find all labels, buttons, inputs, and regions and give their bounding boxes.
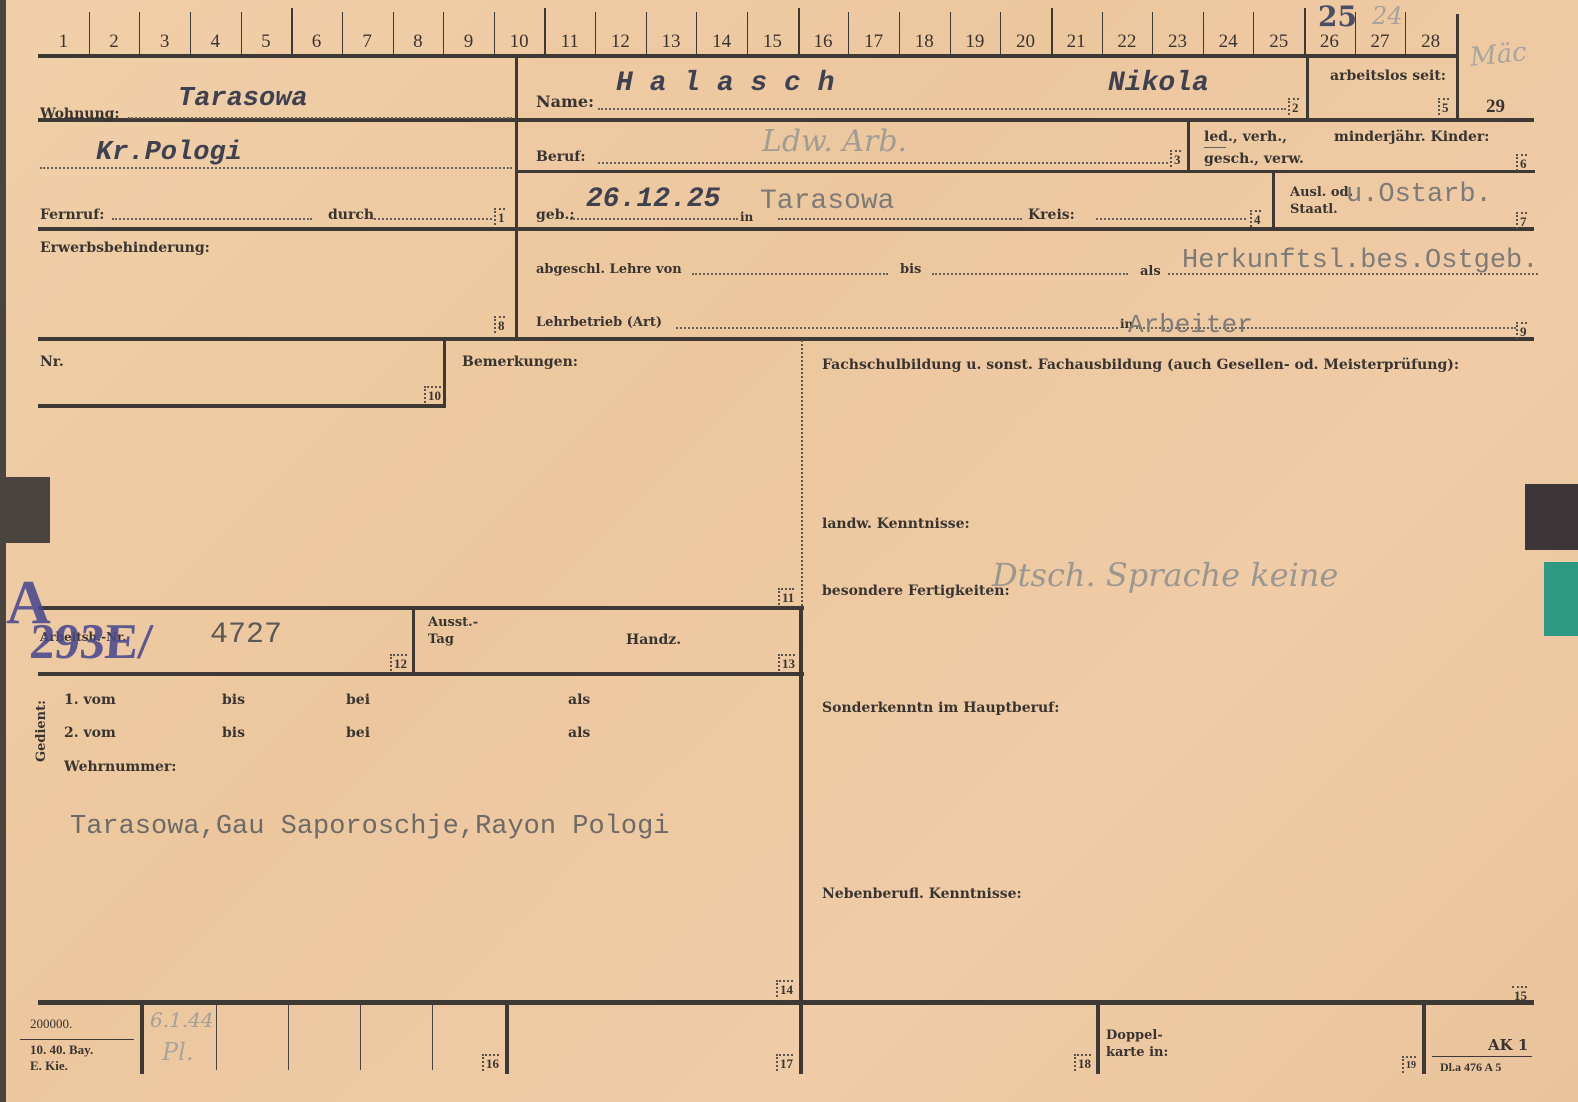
- bottom-initials-handwritten[interactable]: Pl.: [162, 1038, 193, 1066]
- label-doppelkarte-1: Doppel-: [1106, 1028, 1163, 1043]
- vrule-arbeitslos: [1306, 58, 1309, 120]
- label-ausl-1: Ausl. od.: [1290, 185, 1353, 200]
- handwritten-25: 25: [1318, 0, 1357, 33]
- column-tick: [241, 12, 242, 56]
- arbeitsbuch-nr-value[interactable]: 4727: [210, 618, 282, 652]
- label-landw-kenntnisse: landw. Kenntnisse:: [822, 516, 970, 532]
- column-number: 5: [241, 31, 292, 53]
- label-gedient-2-als: als: [568, 725, 590, 741]
- column-tick: [443, 12, 444, 56]
- label-bemerkungen: Bemerkungen:: [462, 354, 578, 370]
- column-number: 18: [899, 31, 950, 53]
- lehre-bis-line: [932, 273, 1128, 275]
- column-tick: [1152, 12, 1153, 56]
- label-birth-in: in: [740, 210, 753, 224]
- ruler-baseline: [38, 54, 1458, 58]
- field-number-10: 10: [424, 386, 441, 403]
- vrule-12: [412, 606, 415, 676]
- first-name-value[interactable]: Nikola: [1108, 68, 1209, 99]
- form-id-divider: [1432, 1056, 1532, 1057]
- index-tab-green-right: [1544, 562, 1578, 636]
- in-line: [778, 218, 1022, 220]
- label-gedient-1-vom: 1. vom: [64, 692, 116, 708]
- column-number: 11: [544, 31, 595, 53]
- rule-4: [38, 337, 1534, 341]
- birth-date-value[interactable]: 26.12.25: [586, 184, 720, 215]
- lehre-als-value[interactable]: Herkunftsl.bes.Ostgeb.: [1182, 246, 1538, 276]
- handwritten-corner-note: Mäc: [1469, 37, 1529, 73]
- field-number-1: 1: [494, 208, 505, 225]
- field-number-4: 4: [1250, 210, 1261, 227]
- birth-place-value[interactable]: Tarasowa: [760, 186, 894, 217]
- rule-3: [38, 227, 1534, 231]
- vrule-familienstand: [1187, 120, 1190, 172]
- label-sonderkenntnisse: Sonderkenntn im Hauptberuf:: [822, 700, 1059, 716]
- label-gedient: Gedient:: [34, 700, 49, 762]
- label-name: Name:: [536, 92, 594, 111]
- column-number: 16: [798, 31, 849, 53]
- vrule-bottom-19: [1422, 1002, 1426, 1074]
- column-number: 10: [494, 31, 545, 53]
- column-number: 28: [1405, 31, 1456, 53]
- index-card: 1234567891011121314151617181920212223242…: [0, 0, 1578, 1102]
- column-tick: [494, 12, 495, 56]
- surname-value[interactable]: H a l a s c h: [616, 68, 834, 99]
- column-tick: [899, 12, 900, 56]
- label-minderjaehrige-kinder: minderjähr. Kinder:: [1334, 129, 1489, 145]
- field-number-11: 11: [778, 588, 794, 605]
- label-gedient-1-bis: bis: [222, 692, 245, 708]
- column-number: 4: [190, 31, 241, 53]
- field-number-15: 15: [1512, 986, 1527, 1003]
- stamp-number: 293E/: [28, 612, 154, 670]
- vrule-bottom-17: [799, 1002, 803, 1074]
- vrule-main: [515, 58, 518, 340]
- field-number-14: 14: [776, 980, 793, 997]
- label-beruf: Beruf:: [536, 149, 586, 165]
- name-line: [598, 108, 1286, 110]
- label-gedient-2-bei: bei: [346, 725, 370, 741]
- column-tick: [1304, 8, 1306, 56]
- rule-5: [38, 606, 804, 610]
- vrule-bottom-thin-4: [432, 1004, 433, 1070]
- card-left-edge: [0, 0, 6, 1102]
- field-number-7: 7: [1516, 212, 1527, 229]
- label-arbeitslos-seit: arbeitslos seit:: [1330, 68, 1446, 84]
- column-number: 25: [1253, 31, 1304, 53]
- auslaender-status-value[interactable]: u.Ostarb.: [1346, 180, 1492, 210]
- field-number-19: 19: [1402, 1056, 1416, 1073]
- column-number: 22: [1102, 31, 1153, 53]
- column-number: 26: [1304, 31, 1355, 53]
- column-number: 9: [443, 31, 494, 53]
- column-number: 21: [1051, 31, 1102, 53]
- wohnung-line-1: [128, 117, 512, 119]
- label-geb: geb.:: [536, 207, 575, 223]
- label-nebenberufl-kenntnisse: Nebenberufl. Kenntnisse:: [822, 886, 1022, 902]
- label-lehre-bis: bis: [900, 262, 921, 277]
- wohnung-value-2[interactable]: Kr.Pologi: [96, 138, 242, 168]
- print-run: 200000.: [30, 1016, 72, 1032]
- column-29: 29: [1486, 96, 1505, 118]
- vrule-bottom-16: [505, 1002, 509, 1074]
- lehrbetrieb-value[interactable]: Arbeiter: [1128, 310, 1253, 340]
- fernruf-line: [112, 218, 312, 220]
- column-number: 20: [1000, 31, 1051, 53]
- column-tick: [1253, 12, 1254, 56]
- label-lehrbetrieb: Lehrbetrieb (Art): [536, 315, 662, 330]
- rule-bottom: [38, 1000, 1534, 1005]
- print-info-2: E. Kie.: [30, 1058, 68, 1074]
- column-number: 6: [291, 31, 342, 53]
- index-tab-dark-right: [1525, 484, 1578, 550]
- lehrbetrieb-line: [676, 327, 1118, 329]
- print-info-divider: [20, 1039, 134, 1040]
- vrule-ausl: [1272, 172, 1275, 230]
- label-familienstand-2: gesch., verw.: [1204, 151, 1304, 167]
- handwritten-24: 24: [1372, 2, 1403, 30]
- column-number: 17: [848, 31, 899, 53]
- column-tick: [950, 12, 951, 56]
- durch-line: [374, 218, 492, 220]
- vrule-bottom-thin-2: [288, 1004, 289, 1070]
- field-number-2: 2: [1288, 98, 1299, 115]
- label-fachschulbildung: Fachschulbildung u. sonst. Fachausbildun…: [822, 357, 1459, 373]
- form-id: AK 1: [1488, 1036, 1528, 1054]
- label-besondere-fertigkeiten: besondere Fertigkeiten:: [822, 583, 1010, 599]
- field-number-6: 6: [1516, 154, 1527, 171]
- column-tick: [1405, 12, 1406, 56]
- column-tick: [798, 8, 800, 56]
- field-number-8: 8: [494, 316, 505, 333]
- label-gedient-1-als: als: [568, 692, 590, 708]
- form-ref: Dl.a 476 A 5: [1440, 1060, 1501, 1075]
- field-number-18: 18: [1074, 1054, 1091, 1071]
- field-number-13: 13: [778, 654, 795, 671]
- vrule-nr: [443, 337, 446, 407]
- beruf-handwritten-value[interactable]: Ldw. Arb.: [762, 124, 907, 159]
- column-number: 15: [747, 31, 798, 53]
- label-lehre-als: als: [1140, 264, 1161, 279]
- label-handzeichen: Handz.: [626, 632, 681, 648]
- column-tick: [291, 8, 293, 56]
- label-abgeschl-lehre: abgeschl. Lehre von: [536, 262, 682, 277]
- vrule-bottom-thin-3: [360, 1004, 361, 1070]
- field-number-12: 12: [390, 654, 407, 671]
- label-wehrnummer: Wehrnummer:: [64, 759, 176, 775]
- field-number-5: 5: [1438, 98, 1449, 115]
- column-tick: [544, 8, 546, 56]
- column-number: 14: [696, 31, 747, 53]
- label-durch: durch: [328, 207, 374, 223]
- column-tick: [747, 12, 748, 56]
- column-tick: [342, 12, 343, 56]
- column-number: 3: [139, 31, 190, 53]
- column-tick: [393, 12, 394, 56]
- address-full-value[interactable]: Tarasowa,Gau Saporoschje,Rayon Pologi: [70, 812, 670, 842]
- column-tick: [190, 12, 191, 56]
- label-fernruf: Fernruf:: [40, 207, 104, 223]
- column-number: 23: [1152, 31, 1203, 53]
- rule-6: [38, 672, 804, 676]
- rule-2: [515, 170, 1535, 173]
- beruf-line: [598, 162, 1168, 164]
- print-info-1: 10. 40. Bay.: [30, 1042, 93, 1058]
- label-gedient-1-bei: bei: [346, 692, 370, 708]
- vrule-bottom-thin-1: [216, 1004, 217, 1070]
- column-number: 8: [393, 31, 444, 53]
- label-gedient-2-bis: bis: [222, 725, 245, 741]
- column-tick: [89, 12, 90, 56]
- besondere-fertigkeiten-handwritten-value[interactable]: Dtsch. Sprache keine: [992, 556, 1338, 594]
- column-number: 1: [38, 31, 89, 53]
- label-gedient-2-vom: 2. vom: [64, 725, 116, 741]
- label-ausl-2: Staatl.: [1290, 202, 1338, 217]
- column-tick: [595, 12, 596, 56]
- vrule-bottom-18: [1096, 1002, 1100, 1074]
- label-erwerbsbehinderung: Erwerbsbehinderung:: [40, 240, 210, 256]
- column-number: 13: [646, 31, 697, 53]
- column-number: 24: [1203, 31, 1254, 53]
- column-tick: [1102, 12, 1103, 56]
- kreis-line: [1096, 218, 1246, 220]
- column-number: 12: [595, 31, 646, 53]
- vrule-left-column: [799, 606, 803, 1002]
- label-ausst-1: Ausst.-: [428, 615, 478, 630]
- field-number-16: 16: [482, 1054, 499, 1071]
- wohnung-value-1[interactable]: Tarasowa: [178, 84, 308, 114]
- column-tick: [1051, 8, 1053, 56]
- geb-line: [570, 218, 738, 220]
- bottom-date-handwritten[interactable]: 6.1.44: [150, 1008, 214, 1032]
- dotted-divider-bemerkungen: [801, 340, 803, 606]
- column-number: 7: [342, 31, 393, 53]
- label-doppelkarte-2: karte in:: [1106, 1045, 1168, 1060]
- vrule-bottom-1: [140, 1002, 144, 1074]
- label-ausst-tag: Tag: [428, 632, 454, 647]
- column-tick: [139, 12, 140, 56]
- index-tab-dark-left: [6, 477, 50, 543]
- label-nr: Nr.: [40, 354, 64, 370]
- lehre-von-line: [692, 273, 888, 275]
- rule-nr-bottom: [38, 404, 446, 408]
- column-number: 2: [89, 31, 140, 53]
- column-tick: [1000, 12, 1001, 56]
- field-number-17: 17: [776, 1054, 793, 1071]
- field-number-9: 9: [1516, 322, 1527, 339]
- column-number: 19: [950, 31, 1001, 53]
- field-number-3: 3: [1170, 150, 1181, 167]
- label-wohnung: Wohnung:: [40, 106, 120, 122]
- col29-divider: [1456, 14, 1459, 120]
- column-tick: [646, 12, 647, 56]
- label-familienstand-1: led., verh.,: [1204, 129, 1287, 145]
- column-tick: [696, 12, 697, 56]
- column-tick: [1203, 12, 1204, 56]
- ledig-underline: [1204, 147, 1226, 148]
- column-tick: [848, 12, 849, 56]
- label-kreis: Kreis:: [1028, 207, 1075, 223]
- column-number: 27: [1355, 31, 1406, 53]
